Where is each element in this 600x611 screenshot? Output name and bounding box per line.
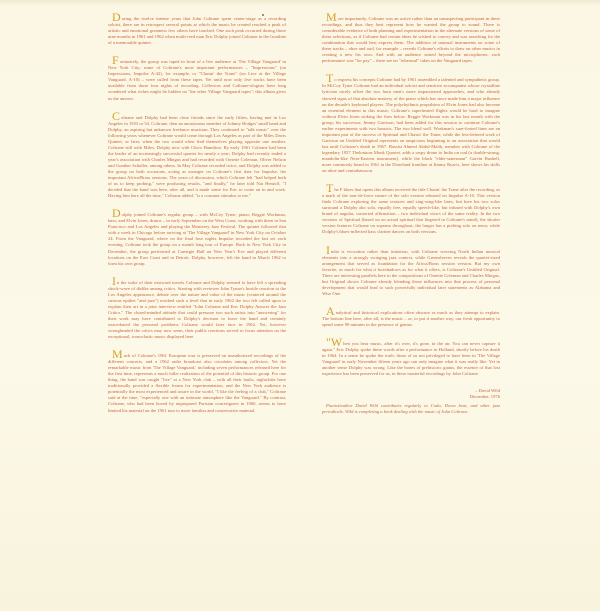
paragraph-text: o express his concepts Coltrane had by 1…: [322, 77, 500, 173]
paragraph-text: nalytical and historical explications of…: [322, 310, 500, 327]
paragraph: In the wake of their eastward travels Co…: [108, 278, 286, 340]
signature-date: December, 1976: [322, 394, 500, 400]
paragraph: During the twelve intense years that Joh…: [108, 14, 286, 46]
paragraph: Fortunately, the group was taped in fron…: [108, 57, 286, 101]
paragraph-text: olphy joined Coltrane's regular group – …: [108, 212, 286, 265]
paragraph: More importantly, Coltrane was an active…: [322, 14, 500, 64]
paragraph: Analytical and historical explications o…: [322, 308, 500, 328]
paragraph-text: hen you hear music, after it's over, it'…: [322, 341, 500, 376]
paragraph-text: ortunately, the group was taped in front…: [108, 59, 286, 100]
paragraph: The F blues that opens this album receiv…: [322, 185, 500, 235]
paragraph-text: he F blues that opens this album receive…: [322, 187, 500, 234]
paragraph-text: ndia is evocation rather than imitation,…: [322, 249, 500, 296]
paragraph-text: ore importantly, Coltrane was an active …: [322, 16, 500, 63]
paragraph-text: uch of Coltrane's 1961 European tour is …: [108, 353, 286, 412]
author-note: Pianist/author David Wild contributes re…: [322, 403, 500, 415]
paragraph-text: oltrane and Dolphy had been close friend…: [108, 115, 286, 199]
paragraph: To express his concepts Coltrane had by …: [322, 75, 500, 174]
paragraph: Much of Coltrane's 1961 European tour is…: [108, 351, 286, 413]
paragraph: Dolphy joined Coltrane's regular group –…: [108, 210, 286, 266]
paragraph-text: n the wake of their eastward travels Col…: [108, 280, 286, 339]
paragraph: India is evocation rather than imitation…: [322, 247, 500, 297]
liner-notes-page: During the twelve intense years that Joh…: [0, 0, 600, 611]
paragraph: "When you hear music, after it's over, i…: [322, 339, 500, 377]
left-column: During the twelve intense years that Joh…: [108, 14, 286, 425]
paragraph-text: uring the twelve intense years that John…: [108, 16, 286, 45]
paragraph: Coltrane and Dolphy had been close frien…: [108, 113, 286, 200]
right-column: More importantly, Coltrane was an active…: [322, 14, 500, 415]
